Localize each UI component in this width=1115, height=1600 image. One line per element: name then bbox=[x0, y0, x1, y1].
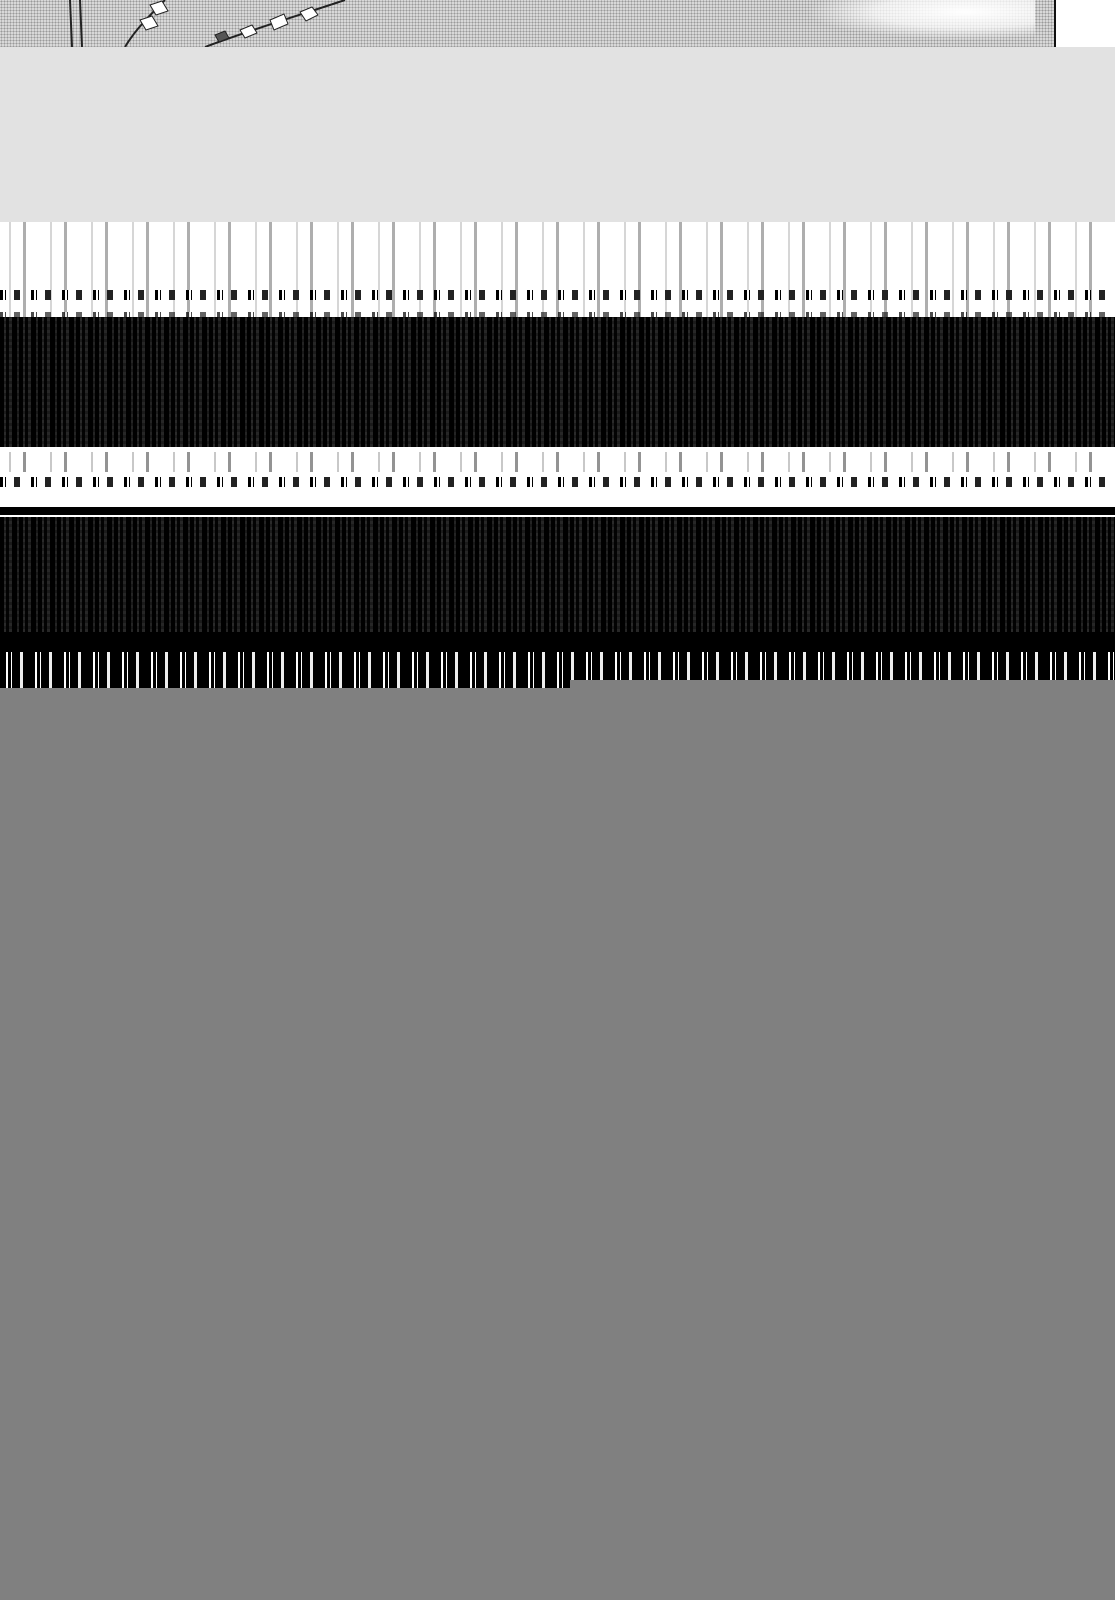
missing-data-band bbox=[0, 47, 1115, 222]
glitch-row bbox=[0, 507, 1115, 515]
undecoded-area bbox=[0, 688, 570, 1600]
corrupted-image-region bbox=[0, 222, 1115, 688]
panel-gutter bbox=[1056, 0, 1115, 47]
glitch-row bbox=[0, 477, 1115, 487]
manga-panel-sky bbox=[0, 0, 1115, 47]
cloud-drawing bbox=[805, 0, 1035, 40]
undecoded-area bbox=[570, 680, 1115, 1600]
glitch-row bbox=[0, 317, 1115, 447]
glitch-row bbox=[0, 632, 1115, 652]
glitch-row bbox=[0, 222, 1115, 317]
streamer-flags-drawing bbox=[0, 0, 420, 47]
glitch-row bbox=[0, 452, 1115, 472]
glitch-row bbox=[0, 290, 1115, 300]
glitch-row bbox=[0, 517, 1115, 632]
image-viewer bbox=[0, 0, 1115, 1600]
